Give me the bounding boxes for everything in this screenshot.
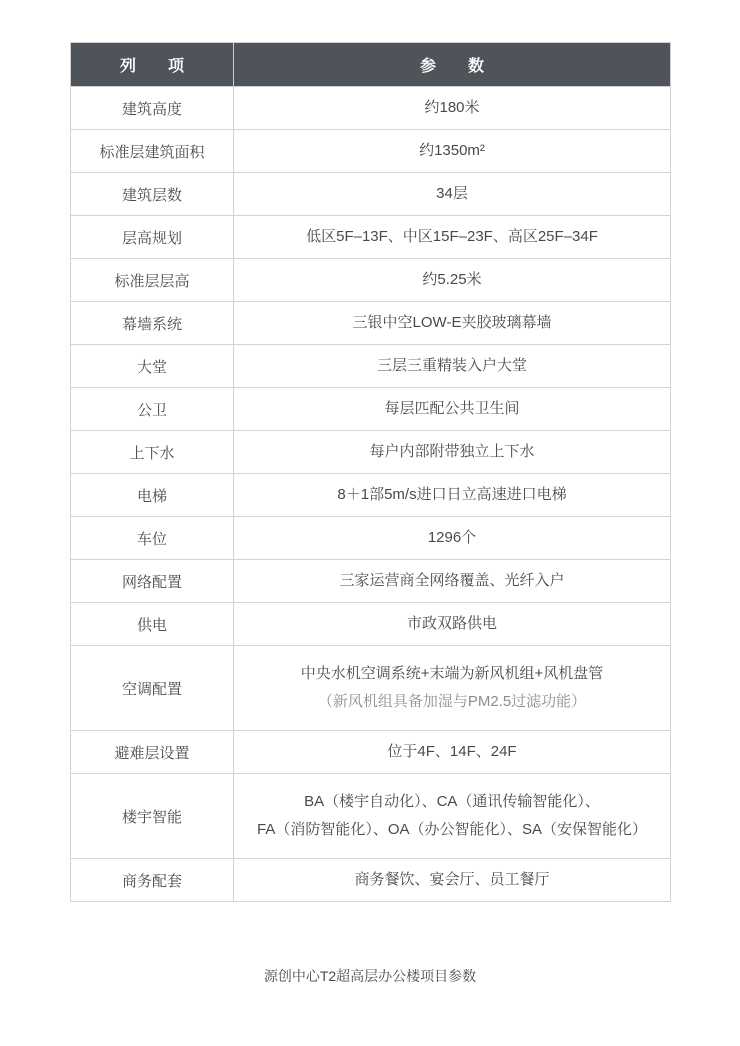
row-value-line: 中央水机空调系统+末端为新风机组+风机盘管 xyxy=(240,660,664,688)
row-value-line2: FA（消防智能化）、OA（办公智能化）、SA（安保智能化） xyxy=(240,816,664,844)
row-value: 位于4F、14F、24F xyxy=(234,731,671,774)
row-label: 建筑高度 xyxy=(71,87,234,130)
row-label: 楼宇智能 xyxy=(71,774,234,859)
row-label: 标准层层高 xyxy=(71,259,234,302)
row-value: 每层匹配公共卫生间 xyxy=(234,388,671,431)
row-value: 约5.25米 xyxy=(234,259,671,302)
table-row: 车位1296个 xyxy=(71,517,671,560)
row-value-line: 位于4F、14F、24F xyxy=(240,738,664,766)
row-value-line: 三层三重精装入户大堂 xyxy=(240,352,664,380)
table-row: 标准层层高约5.25米 xyxy=(71,259,671,302)
row-label: 大堂 xyxy=(71,345,234,388)
row-value-line: 34层 xyxy=(240,180,664,208)
row-label: 供电 xyxy=(71,603,234,646)
table-row: 层高规划低区5F–13F、中区15F–23F、高区25F–34F xyxy=(71,216,671,259)
row-value-line: 约5.25米 xyxy=(240,266,664,294)
row-value-line: BA（楼宇自动化）、CA（通讯传输智能化）、 xyxy=(240,788,664,816)
row-label: 层高规划 xyxy=(71,216,234,259)
row-value: 1296个 xyxy=(234,517,671,560)
header-row: 列 项 参 数 xyxy=(71,43,671,87)
row-value: 市政双路供电 xyxy=(234,603,671,646)
row-value: 约180米 xyxy=(234,87,671,130)
row-label: 商务配套 xyxy=(71,859,234,902)
row-value-note: （新风机组具备加湿与PM2.5过滤功能） xyxy=(240,688,664,716)
row-value-line: 每户内部附带独立上下水 xyxy=(240,438,664,466)
row-label: 车位 xyxy=(71,517,234,560)
row-label: 避难层设置 xyxy=(71,731,234,774)
row-value: 三银中空LOW-E夹胶玻璃幕墙 xyxy=(234,302,671,345)
row-value-line: 1296个 xyxy=(240,524,664,552)
row-label: 标准层建筑面积 xyxy=(71,130,234,173)
table-row: 避难层设置位于4F、14F、24F xyxy=(71,731,671,774)
row-label: 空调配置 xyxy=(71,646,234,731)
table-row: 上下水每户内部附带独立上下水 xyxy=(71,431,671,474)
table-row: 大堂三层三重精装入户大堂 xyxy=(71,345,671,388)
row-value: 8＋1部5m/s进口日立高速进口电梯 xyxy=(234,474,671,517)
row-value: 三家运营商全网络覆盖、光纤入户 xyxy=(234,560,671,603)
row-label: 网络配置 xyxy=(71,560,234,603)
table-row: 楼宇智能BA（楼宇自动化）、CA（通讯传输智能化）、FA（消防智能化）、OA（办… xyxy=(71,774,671,859)
header-parameter-column: 参 数 xyxy=(234,43,671,87)
row-label: 上下水 xyxy=(71,431,234,474)
table-row: 公卫每层匹配公共卫生间 xyxy=(71,388,671,431)
row-value: 低区5F–13F、中区15F–23F、高区25F–34F xyxy=(234,216,671,259)
table-row: 幕墙系统三银中空LOW-E夹胶玻璃幕墙 xyxy=(71,302,671,345)
row-value-line: 低区5F–13F、中区15F–23F、高区25F–34F xyxy=(240,223,664,251)
table-row: 空调配置中央水机空调系统+末端为新风机组+风机盘管（新风机组具备加湿与PM2.5… xyxy=(71,646,671,731)
table-row: 建筑高度约180米 xyxy=(71,87,671,130)
row-value-line: 8＋1部5m/s进口日立高速进口电梯 xyxy=(240,481,664,509)
table-row: 供电市政双路供电 xyxy=(71,603,671,646)
row-value-line: 三家运营商全网络覆盖、光纤入户 xyxy=(240,567,664,595)
row-value: 中央水机空调系统+末端为新风机组+风机盘管（新风机组具备加湿与PM2.5过滤功能… xyxy=(234,646,671,731)
table-row: 建筑层数34层 xyxy=(71,173,671,216)
row-value-line: 约180米 xyxy=(240,94,664,122)
table-row: 网络配置三家运营商全网络覆盖、光纤入户 xyxy=(71,560,671,603)
row-label: 幕墙系统 xyxy=(71,302,234,345)
table-row: 标准层建筑面积约1350m² xyxy=(71,130,671,173)
building-spec-table: 列 项 参 数 建筑高度约180米标准层建筑面积约1350m²建筑层数34层层高… xyxy=(70,42,671,902)
row-value: 约1350m² xyxy=(234,130,671,173)
row-label: 公卫 xyxy=(71,388,234,431)
row-value: 34层 xyxy=(234,173,671,216)
row-value-line: 约1350m² xyxy=(240,137,664,165)
row-label: 建筑层数 xyxy=(71,173,234,216)
header-item-column: 列 项 xyxy=(71,43,234,87)
row-value: BA（楼宇自动化）、CA（通讯传输智能化）、FA（消防智能化）、OA（办公智能化… xyxy=(234,774,671,859)
table-header: 列 项 参 数 xyxy=(71,43,671,87)
table-row: 电梯8＋1部5m/s进口日立高速进口电梯 xyxy=(71,474,671,517)
row-value-line: 每层匹配公共卫生间 xyxy=(240,395,664,423)
row-value: 每户内部附带独立上下水 xyxy=(234,431,671,474)
row-value: 商务餐饮、宴会厅、员工餐厅 xyxy=(234,859,671,902)
row-value-line: 商务餐饮、宴会厅、员工餐厅 xyxy=(240,866,664,894)
table-caption: 源创中心T2超高层办公楼项目参数 xyxy=(0,966,740,986)
row-value-line: 三银中空LOW-E夹胶玻璃幕墙 xyxy=(240,309,664,337)
row-value: 三层三重精装入户大堂 xyxy=(234,345,671,388)
table-body: 建筑高度约180米标准层建筑面积约1350m²建筑层数34层层高规划低区5F–1… xyxy=(71,87,671,902)
table-row: 商务配套商务餐饮、宴会厅、员工餐厅 xyxy=(71,859,671,902)
row-label: 电梯 xyxy=(71,474,234,517)
row-value-line: 市政双路供电 xyxy=(240,610,664,638)
